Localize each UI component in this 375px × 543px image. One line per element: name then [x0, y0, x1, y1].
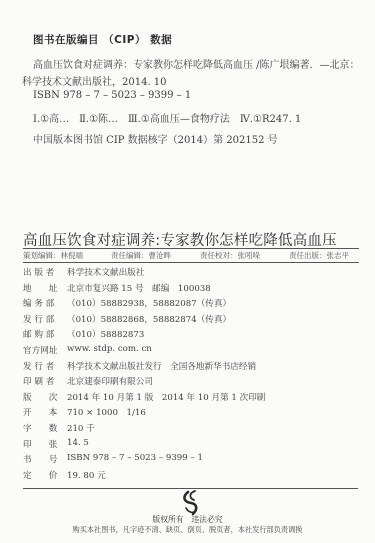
info-value: 710 × 1000 1/16 — [67, 406, 146, 418]
info-value: ISBN 978 – 7 – 5023 – 9399 – 1 — [67, 453, 203, 463]
info-key: 官方网址 — [23, 344, 63, 356]
publisher-logo-icon — [180, 490, 204, 516]
info-key: 版 次 — [23, 391, 63, 403]
info-value: 科学技术文献出版社 — [67, 266, 144, 278]
info-key: 地 址 — [23, 282, 63, 294]
info-value: 2014 年 10 月第 1 版 2014 年 10 月第 1 次印刷 — [67, 391, 265, 403]
info-key: 定 价 — [23, 469, 63, 481]
divider — [23, 262, 359, 263]
cip-line-classification: Ⅰ.①高… Ⅱ.①陈… Ⅲ.①高血压—食物疗法 Ⅳ.①R247. 1 — [33, 110, 301, 125]
info-value: （010）58882873 — [67, 328, 144, 340]
proofreader: 责任校对：张吲哚 — [200, 250, 260, 261]
info-key: 开 本 — [23, 406, 63, 418]
info-key: 出 版 者 — [23, 266, 63, 278]
planning-editor: 策划编辑：林倪端 — [23, 250, 83, 261]
cip-line-title-author: 高血压饮食对症调养：专家教你怎样吃降低高血压 /陈广垠编著．—北京： — [33, 56, 360, 71]
info-key: 字 数 — [23, 422, 63, 434]
info-value: 19. 80 元 — [67, 469, 106, 481]
replacement-notice: 购买本社图书，凡字迹不清、缺页、倒页、脱页者，本社发行部负责调换 — [0, 525, 375, 535]
copyright-notice: 版权所有 违法必究 — [0, 514, 375, 525]
cip-line-publisher: 科学技术文献出版社，2014. 10 — [22, 73, 167, 88]
info-key: 编 务 部 — [23, 297, 63, 309]
info-value: 210 千 — [67, 422, 95, 434]
info-key: 发 行 者 — [23, 360, 63, 372]
info-value: （010）58882938，58882087（传真） — [67, 297, 231, 309]
cip-line-record-number: 中国版本图书馆 CIP 数据核字（2014）第 202152 号 — [33, 131, 278, 146]
divider — [23, 488, 358, 489]
info-value: 科学技术文献出版社发行 全国各地新华书店经销 — [67, 360, 256, 372]
info-value: 北京市复兴路 15 号 邮编 100038 — [67, 282, 211, 294]
info-key: 书 号 — [23, 453, 63, 465]
responsible-editor: 责任编辑：曹沧晔 — [111, 250, 171, 261]
divider — [23, 248, 359, 249]
cip-line-isbn: ISBN 978 – 7 – 5023 – 9399 – 1 — [33, 90, 191, 101]
info-value: （010）58882868，58882874（传真） — [67, 313, 231, 325]
info-value: 北京建泰印刷有限公司 — [67, 375, 153, 387]
website-link[interactable]: www. stdp. com. cn — [67, 344, 152, 354]
info-key: 发 行 部 — [23, 313, 63, 325]
info-key: 邮 购 部 — [23, 328, 63, 340]
cip-title: 图书在版编目 （CIP） 数据 — [33, 32, 172, 47]
book-title: 高血压饮食对症调养:专家教你怎样吃降低高血压 — [23, 229, 337, 250]
info-key: 印 张 — [23, 438, 63, 450]
info-key: 印 刷 者 — [23, 375, 63, 387]
info-value: 14. 5 — [67, 438, 89, 448]
production-manager: 责任出版：张志平 — [289, 250, 349, 261]
